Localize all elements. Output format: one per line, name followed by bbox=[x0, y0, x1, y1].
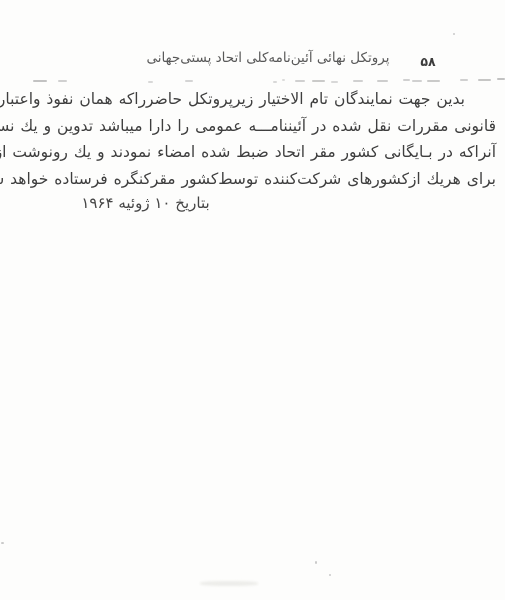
scan-dash bbox=[403, 79, 410, 81]
scan-dash bbox=[33, 80, 47, 82]
scan-dash bbox=[497, 78, 505, 80]
scan-dash bbox=[427, 80, 440, 82]
scan-dash bbox=[478, 79, 491, 81]
scan-dash bbox=[273, 81, 277, 83]
scan-dash bbox=[185, 80, 193, 82]
scan-dash bbox=[282, 79, 285, 81]
scan-speck bbox=[1, 542, 4, 544]
body-paragraph: بدین جهت نمایندگان تام الاختیار زیرپروتک… bbox=[28, 86, 496, 192]
scan-dash bbox=[353, 80, 363, 82]
scan-dash bbox=[331, 81, 338, 83]
paragraph-line: برای هریك ازکشورهای شرکت‌کننده توسط‌کشور… bbox=[28, 166, 496, 193]
document-page: پروتکل نهائی آئین‌نامه‌کلی اتحاد پستی‌جه… bbox=[0, 0, 505, 600]
scan-dash bbox=[148, 81, 153, 83]
paragraph-line: بدین جهت نمایندگان تام الاختیار زیرپروتک… bbox=[28, 86, 496, 113]
date-line: بتاریخ ۱۰ ژوئیه ۱۹۶۴ bbox=[73, 194, 218, 212]
running-header-title: پروتکل نهائی آئین‌نامه‌کلی اتحاد پستی‌جه… bbox=[132, 48, 404, 68]
page-number: ۵۸ bbox=[415, 54, 441, 69]
scan-speck bbox=[315, 561, 317, 564]
scan-dash bbox=[295, 80, 305, 82]
paragraph-line: آنراکه در بـایگانی کشور مقر اتحاد ضبط شد… bbox=[28, 139, 496, 166]
scan-dash bbox=[312, 80, 325, 82]
scan-dash bbox=[460, 79, 468, 81]
scan-dash bbox=[377, 80, 388, 82]
scan-smudge bbox=[200, 581, 258, 586]
scan-speck bbox=[453, 33, 455, 35]
scan-dash bbox=[58, 80, 67, 82]
scan-dash bbox=[412, 80, 422, 82]
paragraph-line: قانونی مقررات نقل شده در آئیننامـــه عمو… bbox=[28, 113, 496, 140]
scan-speck bbox=[329, 574, 331, 576]
